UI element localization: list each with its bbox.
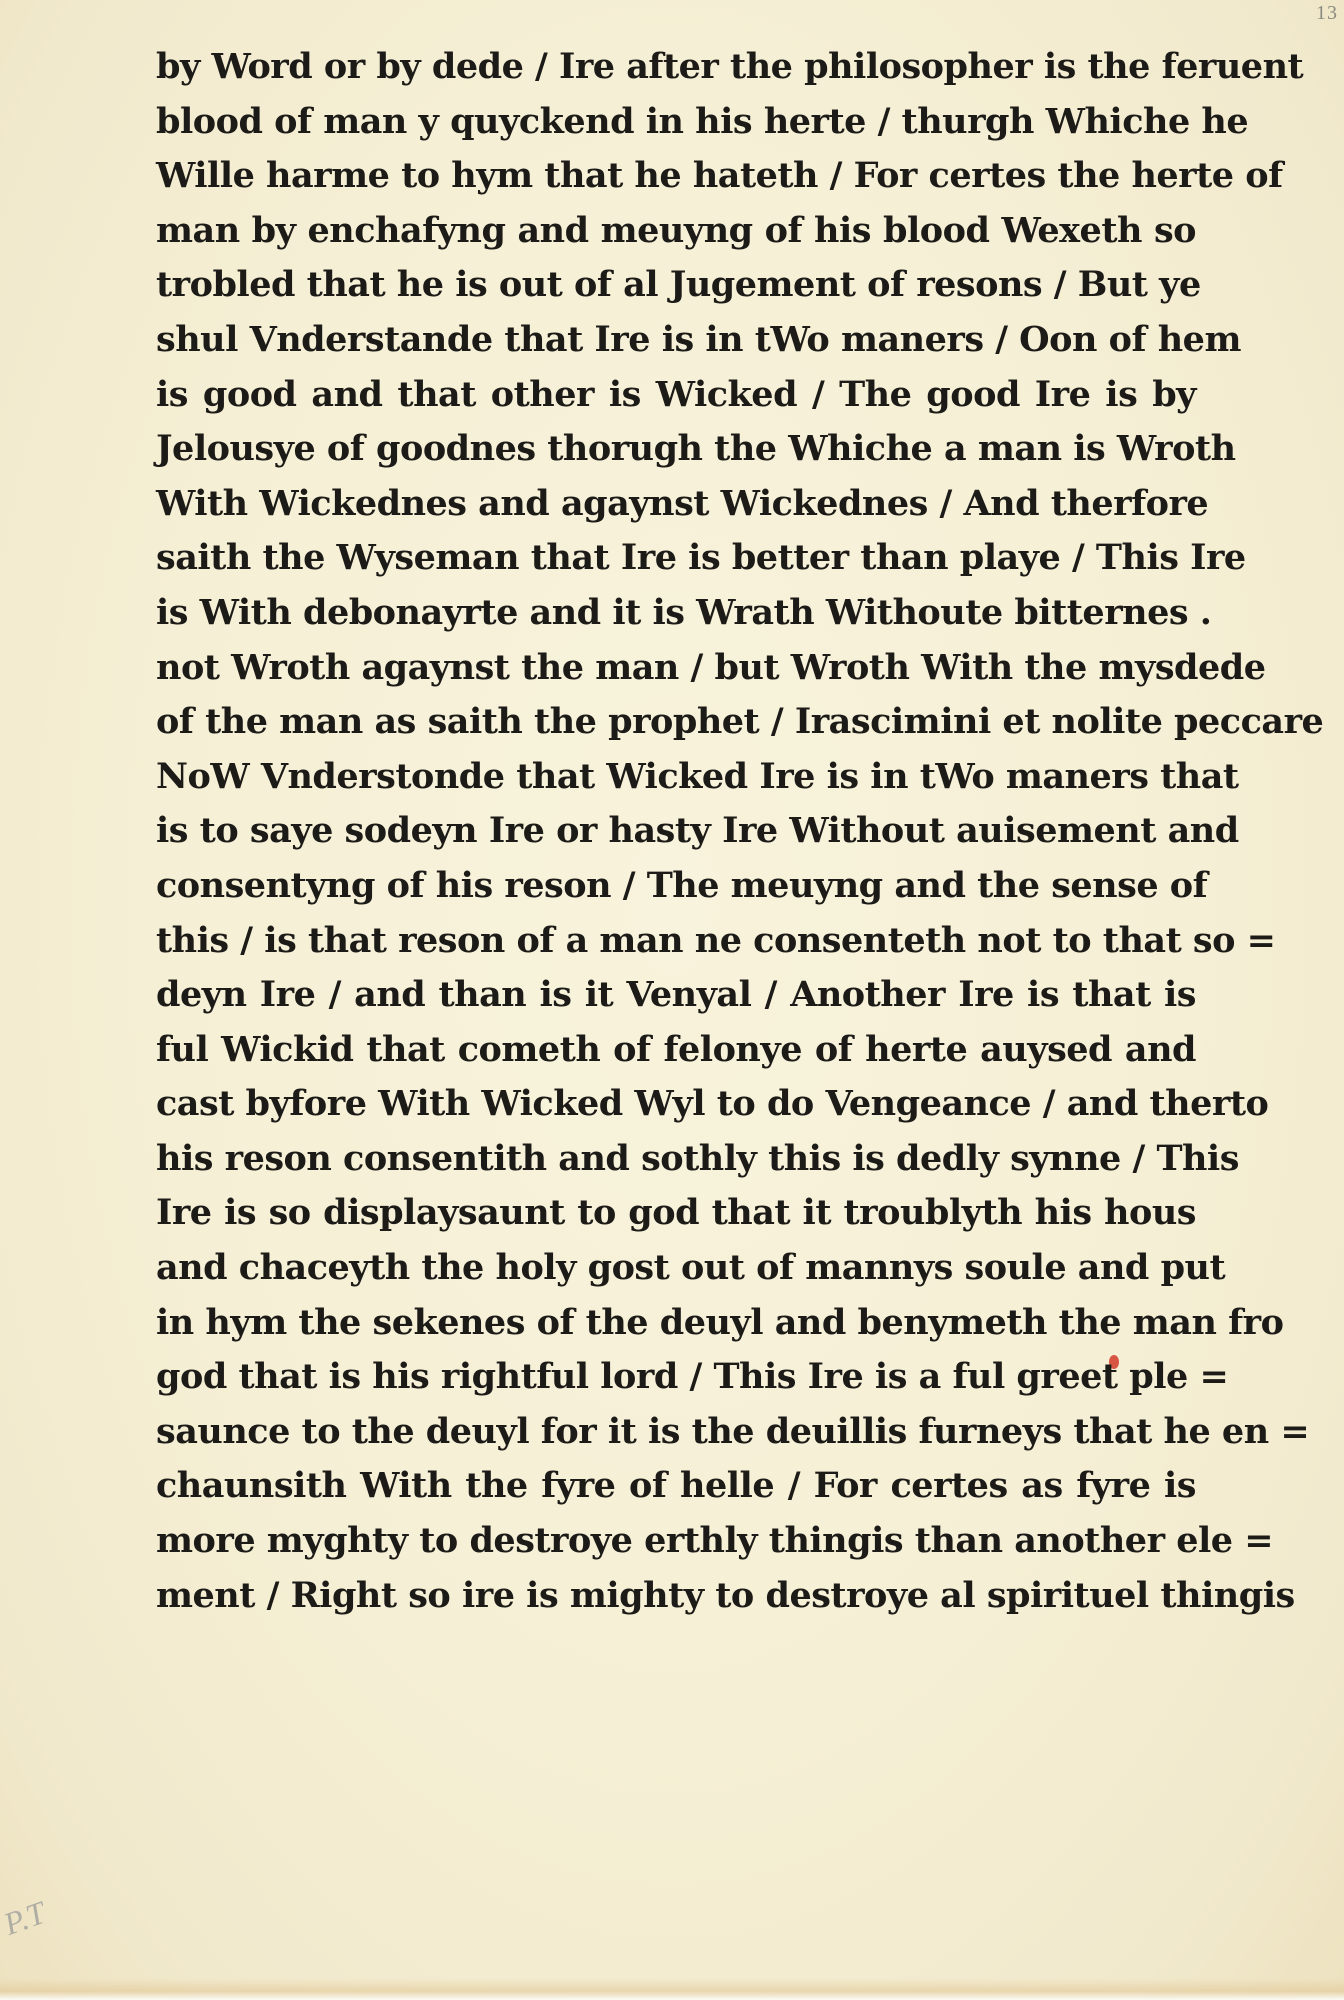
text-line: is to saye sodeyn Ire or hasty Ire Witho…: [156, 804, 1196, 859]
text-line: is good and that other is Wicked / The g…: [156, 368, 1196, 423]
margin-pencil-note: P.T: [0, 1894, 50, 1943]
text-line: chaunsith With the fyre of helle / For c…: [156, 1459, 1196, 1514]
text-line: is With debonayrte and it is Wrath Witho…: [156, 586, 1196, 641]
text-line: and chaceyth the holy gost out of mannys…: [156, 1241, 1196, 1296]
text-line: Jelousye of goodnes thorugh the Whiche a…: [156, 422, 1196, 477]
text-line: in hym the sekenes of the deuyl and beny…: [156, 1296, 1196, 1351]
text-line: this / is that reson of a man ne consent…: [156, 914, 1196, 969]
text-line: consentyng of his reson / The meuyng and…: [156, 859, 1196, 914]
text-line: god that is his rightful lord / This Ire…: [156, 1350, 1196, 1405]
text-line: his reson consentith and sothly this is …: [156, 1132, 1196, 1187]
text-line: cast byfore With Wicked Wyl to do Vengea…: [156, 1077, 1196, 1132]
text-line: not Wroth agaynst the man / but Wroth Wi…: [156, 641, 1196, 696]
text-line: saith the Wyseman that Ire is better tha…: [156, 531, 1196, 586]
text-line: With Wickednes and agaynst Wickednes / A…: [156, 477, 1196, 532]
text-line: by Word or by dede / Ire after the philo…: [156, 40, 1196, 95]
text-line: Wille harme to hym that he hateth / For …: [156, 149, 1196, 204]
text-line: NoW Vnderstonde that Wicked Ire is in tW…: [156, 750, 1196, 805]
text-line: of the man as saith the prophet / Irasci…: [156, 695, 1196, 750]
text-line: deyn Ire / and than is it Venyal / Anoth…: [156, 968, 1196, 1023]
text-line: ful Wickid that cometh of felonye of her…: [156, 1023, 1196, 1078]
blackletter-text-block: by Word or by dede / Ire after the philo…: [156, 40, 1196, 1623]
text-line: blood of man y quyckend in his herte / t…: [156, 95, 1196, 150]
text-line: Ire is so displaysaunt to god that it tr…: [156, 1186, 1196, 1241]
text-line: man by enchafyng and meuyng of his blood…: [156, 204, 1196, 259]
text-line: shul Vnderstande that Ire is in tWo mane…: [156, 313, 1196, 368]
manuscript-page: 13 P.T by Word or by dede / Ire after th…: [0, 0, 1344, 2000]
text-line: more myghty to destroye erthly thingis t…: [156, 1514, 1196, 1569]
text-line: trobled that he is out of al Jugement of…: [156, 258, 1196, 313]
text-line: saunce to the deuyl for it is the deuill…: [156, 1405, 1196, 1460]
text-line: ment / Right so ire is mighty to destroy…: [156, 1569, 1196, 1624]
folio-number: 13: [1316, 2, 1338, 25]
